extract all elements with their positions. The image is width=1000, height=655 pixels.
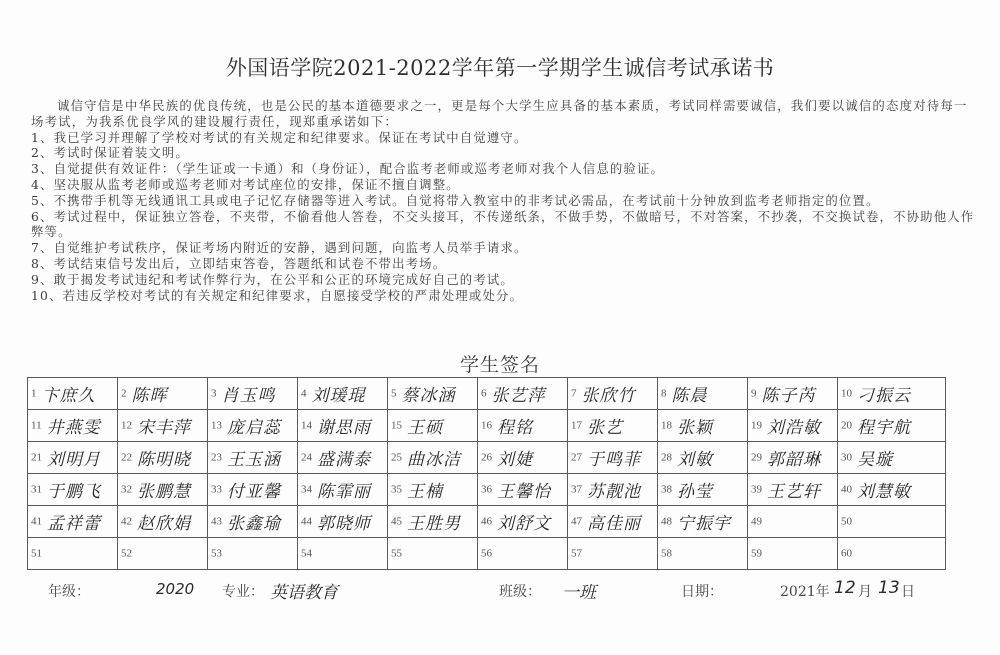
- signature-cell: 48宁振宇: [658, 506, 748, 538]
- signature-cell: 57: [568, 538, 658, 570]
- student-signature: 刁振云: [857, 386, 911, 406]
- seat-number: 4: [301, 388, 307, 400]
- commitment-document: 外国语学院2021-2022学年第一学期学生诚信考试承诺书 诚信守信是中华民族的…: [0, 0, 1000, 655]
- seat-number: 14: [301, 420, 312, 432]
- student-signature: 程宇航: [857, 418, 911, 438]
- seat-number: 45: [391, 516, 402, 528]
- date-day-unit: 日: [901, 581, 915, 601]
- student-signature: 井燕雯: [47, 418, 101, 438]
- signature-cell: 25曲冰洁: [388, 442, 478, 474]
- seat-number: 49: [751, 516, 762, 528]
- signature-cell: 2陈晖: [118, 378, 208, 410]
- signature-row: 1卞庶久2陈晖3肖玉鸣4刘瑗琨5蔡冰涵6张艺萍7张欣竹8陈晨9陈子芮10刁振云: [28, 378, 946, 410]
- student-signature: 张艺萍: [492, 386, 546, 406]
- seat-number: 37: [571, 484, 582, 496]
- signature-table: 1卞庶久2陈晖3肖玉鸣4刘瑗琨5蔡冰涵6张艺萍7张欣竹8陈晨9陈子芮10刁振云1…: [27, 377, 946, 570]
- seat-number: 51: [31, 548, 42, 560]
- seat-number: 41: [31, 516, 42, 528]
- signature-cell: 26刘婕: [478, 442, 568, 474]
- signature-heading: 学生签名: [0, 350, 1000, 377]
- seat-number: 19: [751, 420, 762, 432]
- signature-cell: 53: [208, 538, 298, 570]
- seat-number: 38: [661, 484, 672, 496]
- signature-cell: 41孟祥蕾: [28, 506, 118, 538]
- student-signature: 张颖: [677, 418, 713, 438]
- seat-number: 28: [661, 452, 672, 464]
- student-signature: 刘婕: [497, 450, 533, 470]
- seat-number: 24: [301, 452, 312, 464]
- commitment-item-6: 6、考试过程中，保证独立答卷，不夹带，不偷看他人答卷，不交头接耳，不传递纸条，不…: [31, 209, 976, 241]
- seat-number: 7: [571, 388, 577, 400]
- seat-number: 58: [661, 548, 672, 560]
- seat-number: 30: [841, 452, 852, 464]
- signature-cell: 54: [298, 538, 388, 570]
- signature-cell: 1卞庶久: [28, 378, 118, 410]
- signature-cell: 58: [658, 538, 748, 570]
- signature-cell: 14谢思雨: [298, 410, 388, 442]
- signature-cell: 16程铭: [478, 410, 568, 442]
- signature-row: 21刘明月22陈明晓23王玉涵24盛满泰25曲冰洁26刘婕27于鸣菲28刘敏29…: [28, 442, 946, 474]
- document-body: 诚信守信是中华民族的优良传统，也是公民的基本道德要求之一，更是每个大学生应具备的…: [31, 98, 976, 303]
- student-signature: 刘慧敏: [857, 482, 911, 502]
- major-value: 英语教育: [270, 578, 338, 603]
- signature-cell: 13庞启蕊: [208, 410, 298, 442]
- signature-cell: 20程宇航: [838, 410, 946, 442]
- student-signature: 陈明晓: [137, 450, 191, 470]
- signature-cell: 35王楠: [388, 474, 478, 506]
- signature-cell: 27于鸣菲: [568, 442, 658, 474]
- signature-cell: 33付亚馨: [208, 474, 298, 506]
- signature-cell: 36王馨怡: [478, 474, 568, 506]
- seat-number: 33: [211, 484, 222, 496]
- seat-number: 42: [121, 516, 132, 528]
- student-signature: 刘浩敏: [767, 418, 821, 438]
- signature-cell: 39王艺轩: [748, 474, 838, 506]
- signature-cell: 21刘明月: [28, 442, 118, 474]
- seat-number: 56: [481, 548, 492, 560]
- student-signature: 付亚馨: [227, 482, 281, 502]
- student-signature: 高佳丽: [587, 514, 641, 534]
- student-signature: 赵欣娟: [137, 514, 191, 534]
- student-signature: 苏靓池: [587, 482, 641, 502]
- signature-row: 51525354555657585960: [28, 538, 946, 570]
- seat-number: 29: [751, 452, 762, 464]
- student-signature: 孟祥蕾: [47, 514, 101, 534]
- student-signature: 张欣竹: [582, 386, 636, 406]
- signature-table-body: 1卞庶久2陈晖3肖玉鸣4刘瑗琨5蔡冰涵6张艺萍7张欣竹8陈晨9陈子芮10刁振云1…: [28, 378, 946, 570]
- grade-value: 2020: [156, 580, 194, 598]
- signature-row: 31于鹏飞32张鹏慧33付亚馨34陈霏丽35王楠36王馨怡37苏靓池38孙莹39…: [28, 474, 946, 506]
- class-label: 班级：: [499, 581, 541, 601]
- seat-number: 8: [661, 388, 667, 400]
- signature-cell: 8陈晨: [658, 378, 748, 410]
- major-label: 专业：: [222, 581, 264, 601]
- student-signature: 蔡冰涵: [402, 386, 456, 406]
- signature-cell: 40刘慧敏: [838, 474, 946, 506]
- signature-cell: 22陈明晓: [118, 442, 208, 474]
- signature-cell: 60: [838, 538, 946, 570]
- document-footer: 年级： 2020 专业： 英语教育 班级： 一班 日期： 2021年 12 月 …: [0, 581, 1000, 603]
- student-signature: 于鸣菲: [587, 450, 641, 470]
- commitment-item-9: 9、敢于揭发考试违纪和考试作弊行为，在公平和公正的环境完成好自己的考试。: [31, 272, 976, 288]
- seat-number: 52: [121, 548, 132, 560]
- signature-row: 11井燕雯12宋丰萍13庞启蕊14谢思雨15王硕16程铭17张艺18张颖19刘浩…: [28, 410, 946, 442]
- signature-cell: 44郭晓师: [298, 506, 388, 538]
- date-day: 13: [878, 578, 900, 598]
- seat-number: 32: [121, 484, 132, 496]
- signature-cell: 34陈霏丽: [298, 474, 388, 506]
- seat-number: 43: [211, 516, 222, 528]
- student-signature: 王玉涵: [227, 450, 281, 470]
- signature-cell: 18张颖: [658, 410, 748, 442]
- seat-number: 18: [661, 420, 672, 432]
- signature-cell: 55: [388, 538, 478, 570]
- student-signature: 宁振宇: [677, 514, 731, 534]
- commitment-item-7: 7、自觉维护考试秩序，保证考场内附近的安静，遇到问题，向监考人员举手请求。: [31, 240, 976, 256]
- student-signature: 于鹏飞: [47, 482, 101, 502]
- signature-cell: 56: [478, 538, 568, 570]
- student-signature: 郭晓师: [317, 514, 371, 534]
- signature-cell: 45王胜男: [388, 506, 478, 538]
- signature-cell: 17张艺: [568, 410, 658, 442]
- student-signature: 吴璇: [857, 450, 893, 470]
- class-value: 一班: [562, 578, 596, 603]
- seat-number: 17: [571, 420, 582, 432]
- commitment-item-10: 10、若违反学校对考试的有关规定和纪律要求，自愿接受学校的严肃处理或处分。: [31, 288, 976, 304]
- signature-cell: 49: [748, 506, 838, 538]
- signature-cell: 30吴璇: [838, 442, 946, 474]
- seat-number: 48: [661, 516, 672, 528]
- seat-number: 2: [121, 388, 127, 400]
- student-signature: 王艺轩: [767, 482, 821, 502]
- date-year: 2021年: [780, 581, 830, 601]
- seat-number: 6: [481, 388, 487, 400]
- date-label: 日期：: [681, 581, 723, 601]
- student-signature: 陈晨: [672, 386, 708, 406]
- commitment-item-2: 2、考试时保证着装文明。: [31, 145, 976, 161]
- signature-cell: 4刘瑗琨: [298, 378, 388, 410]
- signature-cell: 24盛满泰: [298, 442, 388, 474]
- commitment-item-1: 1、我已学习并理解了学校对考试的有关规定和纪律要求。保证在考试中自觉遵守。: [31, 130, 976, 146]
- seat-number: 60: [841, 548, 852, 560]
- signature-cell: 37苏靓池: [568, 474, 658, 506]
- signature-cell: 3肖玉鸣: [208, 378, 298, 410]
- student-signature: 刘舒文: [497, 514, 551, 534]
- signature-cell: 47高佳丽: [568, 506, 658, 538]
- signature-cell: 28刘敏: [658, 442, 748, 474]
- seat-number: 1: [31, 388, 37, 400]
- seat-number: 46: [481, 516, 492, 528]
- student-signature: 陈霏丽: [317, 482, 371, 502]
- grade-label: 年级：: [48, 581, 90, 601]
- seat-number: 11: [31, 420, 42, 432]
- signature-cell: 19刘浩敏: [748, 410, 838, 442]
- student-signature: 谢思雨: [317, 418, 371, 438]
- seat-number: 23: [211, 452, 222, 464]
- student-signature: 孙莹: [677, 482, 713, 502]
- student-signature: 王硕: [407, 418, 443, 438]
- seat-number: 54: [301, 548, 312, 560]
- student-signature: 程铭: [497, 418, 533, 438]
- date-month: 12: [834, 578, 856, 598]
- seat-number: 25: [391, 452, 402, 464]
- signature-cell: 15王硕: [388, 410, 478, 442]
- seat-number: 22: [121, 452, 132, 464]
- signature-cell: 42赵欣娟: [118, 506, 208, 538]
- seat-number: 55: [391, 548, 402, 560]
- seat-number: 26: [481, 452, 492, 464]
- student-signature: 张艺: [587, 418, 623, 438]
- signature-cell: 9陈子芮: [748, 378, 838, 410]
- signature-cell: 10刁振云: [838, 378, 946, 410]
- seat-number: 59: [751, 548, 762, 560]
- student-signature: 刘明月: [47, 450, 101, 470]
- seat-number: 47: [571, 516, 582, 528]
- signature-cell: 52: [118, 538, 208, 570]
- student-signature: 肖玉鸣: [222, 386, 276, 406]
- seat-number: 21: [31, 452, 42, 464]
- seat-number: 35: [391, 484, 402, 496]
- seat-number: 40: [841, 484, 852, 496]
- commitment-item-3: 3、自觉提供有效证件：（学生证或一卡通）和（身份证），配合监考老师或巡考老师对我…: [31, 161, 976, 177]
- seat-number: 39: [751, 484, 762, 496]
- seat-number: 34: [301, 484, 312, 496]
- seat-number: 3: [211, 388, 217, 400]
- student-signature: 张鹏慧: [137, 482, 191, 502]
- seat-number: 12: [121, 420, 132, 432]
- signature-cell: 12宋丰萍: [118, 410, 208, 442]
- seat-number: 53: [211, 548, 222, 560]
- student-signature: 盛满泰: [317, 450, 371, 470]
- student-signature: 郭韶琳: [767, 450, 821, 470]
- student-signature: 张鑫瑜: [227, 514, 281, 534]
- student-signature: 曲冰洁: [407, 450, 461, 470]
- signature-cell: 38孙莹: [658, 474, 748, 506]
- document-title: 外国语学院2021-2022学年第一学期学生诚信考试承诺书: [0, 52, 1000, 82]
- signature-cell: 11井燕雯: [28, 410, 118, 442]
- signature-cell: 43张鑫瑜: [208, 506, 298, 538]
- student-signature: 王楠: [407, 482, 443, 502]
- signature-cell: 29郭韶琳: [748, 442, 838, 474]
- seat-number: 20: [841, 420, 852, 432]
- seat-number: 36: [481, 484, 492, 496]
- seat-number: 15: [391, 420, 402, 432]
- seat-number: 5: [391, 388, 397, 400]
- student-signature: 刘敏: [677, 450, 713, 470]
- student-signature: 陈子芮: [762, 386, 816, 406]
- student-signature: 卞庶久: [42, 386, 96, 406]
- signature-cell: 32张鹏慧: [118, 474, 208, 506]
- signature-cell: 59: [748, 538, 838, 570]
- seat-number: 9: [751, 388, 757, 400]
- signature-cell: 50: [838, 506, 946, 538]
- signature-cell: 23王玉涵: [208, 442, 298, 474]
- seat-number: 57: [571, 548, 582, 560]
- signature-cell: 51: [28, 538, 118, 570]
- signature-cell: 7张欣竹: [568, 378, 658, 410]
- commitment-item-4: 4、坚决服从监考老师或巡考老师对考试座位的安排，保证不擅自调整。: [31, 177, 976, 193]
- seat-number: 27: [571, 452, 582, 464]
- seat-number: 16: [481, 420, 492, 432]
- student-signature: 宋丰萍: [137, 418, 191, 438]
- seat-number: 10: [841, 388, 852, 400]
- seat-number: 31: [31, 484, 42, 496]
- student-signature: 刘瑗琨: [312, 386, 366, 406]
- intro-paragraph: 诚信守信是中华民族的优良传统，也是公民的基本道德要求之一，更是每个大学生应具备的…: [31, 98, 976, 130]
- signature-row: 41孟祥蕾42赵欣娟43张鑫瑜44郭晓师45王胜男46刘舒文47高佳丽48宁振宇…: [28, 506, 946, 538]
- signature-cell: 5蔡冰涵: [388, 378, 478, 410]
- date-month-unit: 月: [858, 581, 872, 601]
- student-signature: 王胜男: [407, 514, 461, 534]
- student-signature: 王馨怡: [497, 482, 551, 502]
- student-signature: 庞启蕊: [227, 418, 281, 438]
- seat-number: 13: [211, 420, 222, 432]
- signature-cell: 6张艺萍: [478, 378, 568, 410]
- commitment-item-5: 5、不携带手机等无线通讯工具或电子记忆存储器等进入考试。自觉将带入教室中的非考试…: [31, 193, 976, 209]
- signature-cell: 46刘舒文: [478, 506, 568, 538]
- commitment-item-8: 8、考试结束信号发出后，立即结束答卷，答题纸和试卷不带出考场。: [31, 256, 976, 272]
- signature-cell: 31于鹏飞: [28, 474, 118, 506]
- seat-number: 50: [841, 516, 852, 528]
- student-signature: 陈晖: [132, 386, 168, 406]
- seat-number: 44: [301, 516, 312, 528]
